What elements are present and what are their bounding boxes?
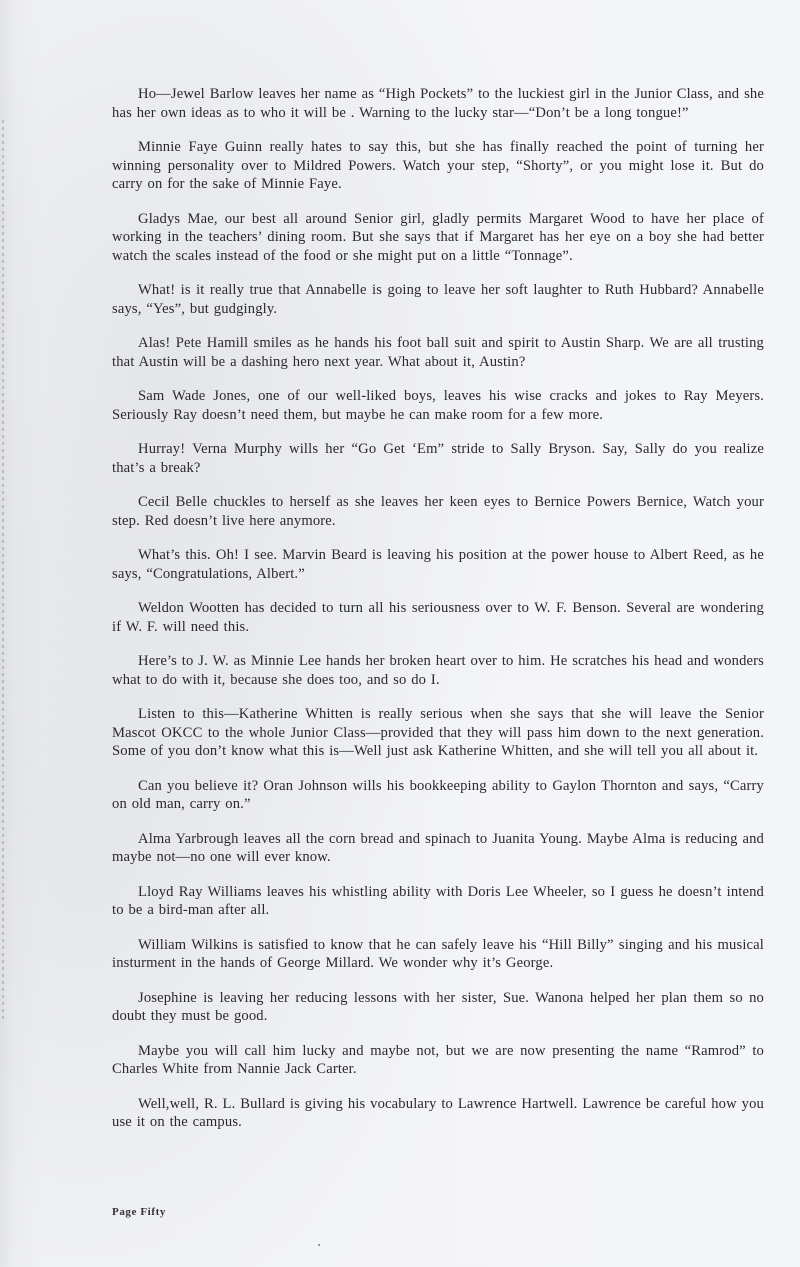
paragraph: Here’s to J. W. as Minnie Lee hands her … [112, 652, 764, 689]
paragraph: Can you believe it? Oran Johnson wills h… [112, 777, 764, 814]
paragraph: Weldon Wootten has decided to turn all h… [112, 599, 764, 636]
paragraph: Well,well, R. L. Bullard is giving his v… [112, 1095, 764, 1132]
paragraph: What! is it really true that Annabelle i… [112, 281, 764, 318]
paragraph: William Wilkins is satisfied to know tha… [112, 936, 764, 973]
binding-edge [2, 120, 4, 1020]
paragraph: Josephine is leaving her reducing lesson… [112, 989, 764, 1026]
paragraph: Cecil Belle chuckles to herself as she l… [112, 493, 764, 530]
paragraph: Listen to this—Katherine Whitten is real… [112, 705, 764, 761]
page-number: Page Fifty [112, 1206, 166, 1218]
paragraph: Ho—Jewel Barlow leaves her name as “High… [112, 85, 764, 122]
paragraph: Alma Yarbrough leaves all the corn bread… [112, 830, 764, 867]
paragraph: Lloyd Ray Williams leaves his whistling … [112, 883, 764, 920]
paragraph: Minnie Faye Guinn really hates to say th… [112, 138, 764, 194]
paragraph: Hurray! Verna Murphy wills her “Go Get ‘… [112, 440, 764, 477]
paragraph: Alas! Pete Hamill smiles as he hands his… [112, 334, 764, 371]
scanned-page: Ho—Jewel Barlow leaves her name as “High… [0, 0, 800, 1267]
paragraph: Gladys Mae, our best all around Senior g… [112, 210, 764, 266]
body-text: Ho—Jewel Barlow leaves her name as “High… [112, 85, 764, 1148]
paragraph: Maybe you will call him lucky and maybe … [112, 1042, 764, 1079]
paragraph: Sam Wade Jones, one of our well-liked bo… [112, 387, 764, 424]
print-speck [318, 1244, 320, 1246]
paragraph: What’s this. Oh! I see. Marvin Beard is … [112, 546, 764, 583]
